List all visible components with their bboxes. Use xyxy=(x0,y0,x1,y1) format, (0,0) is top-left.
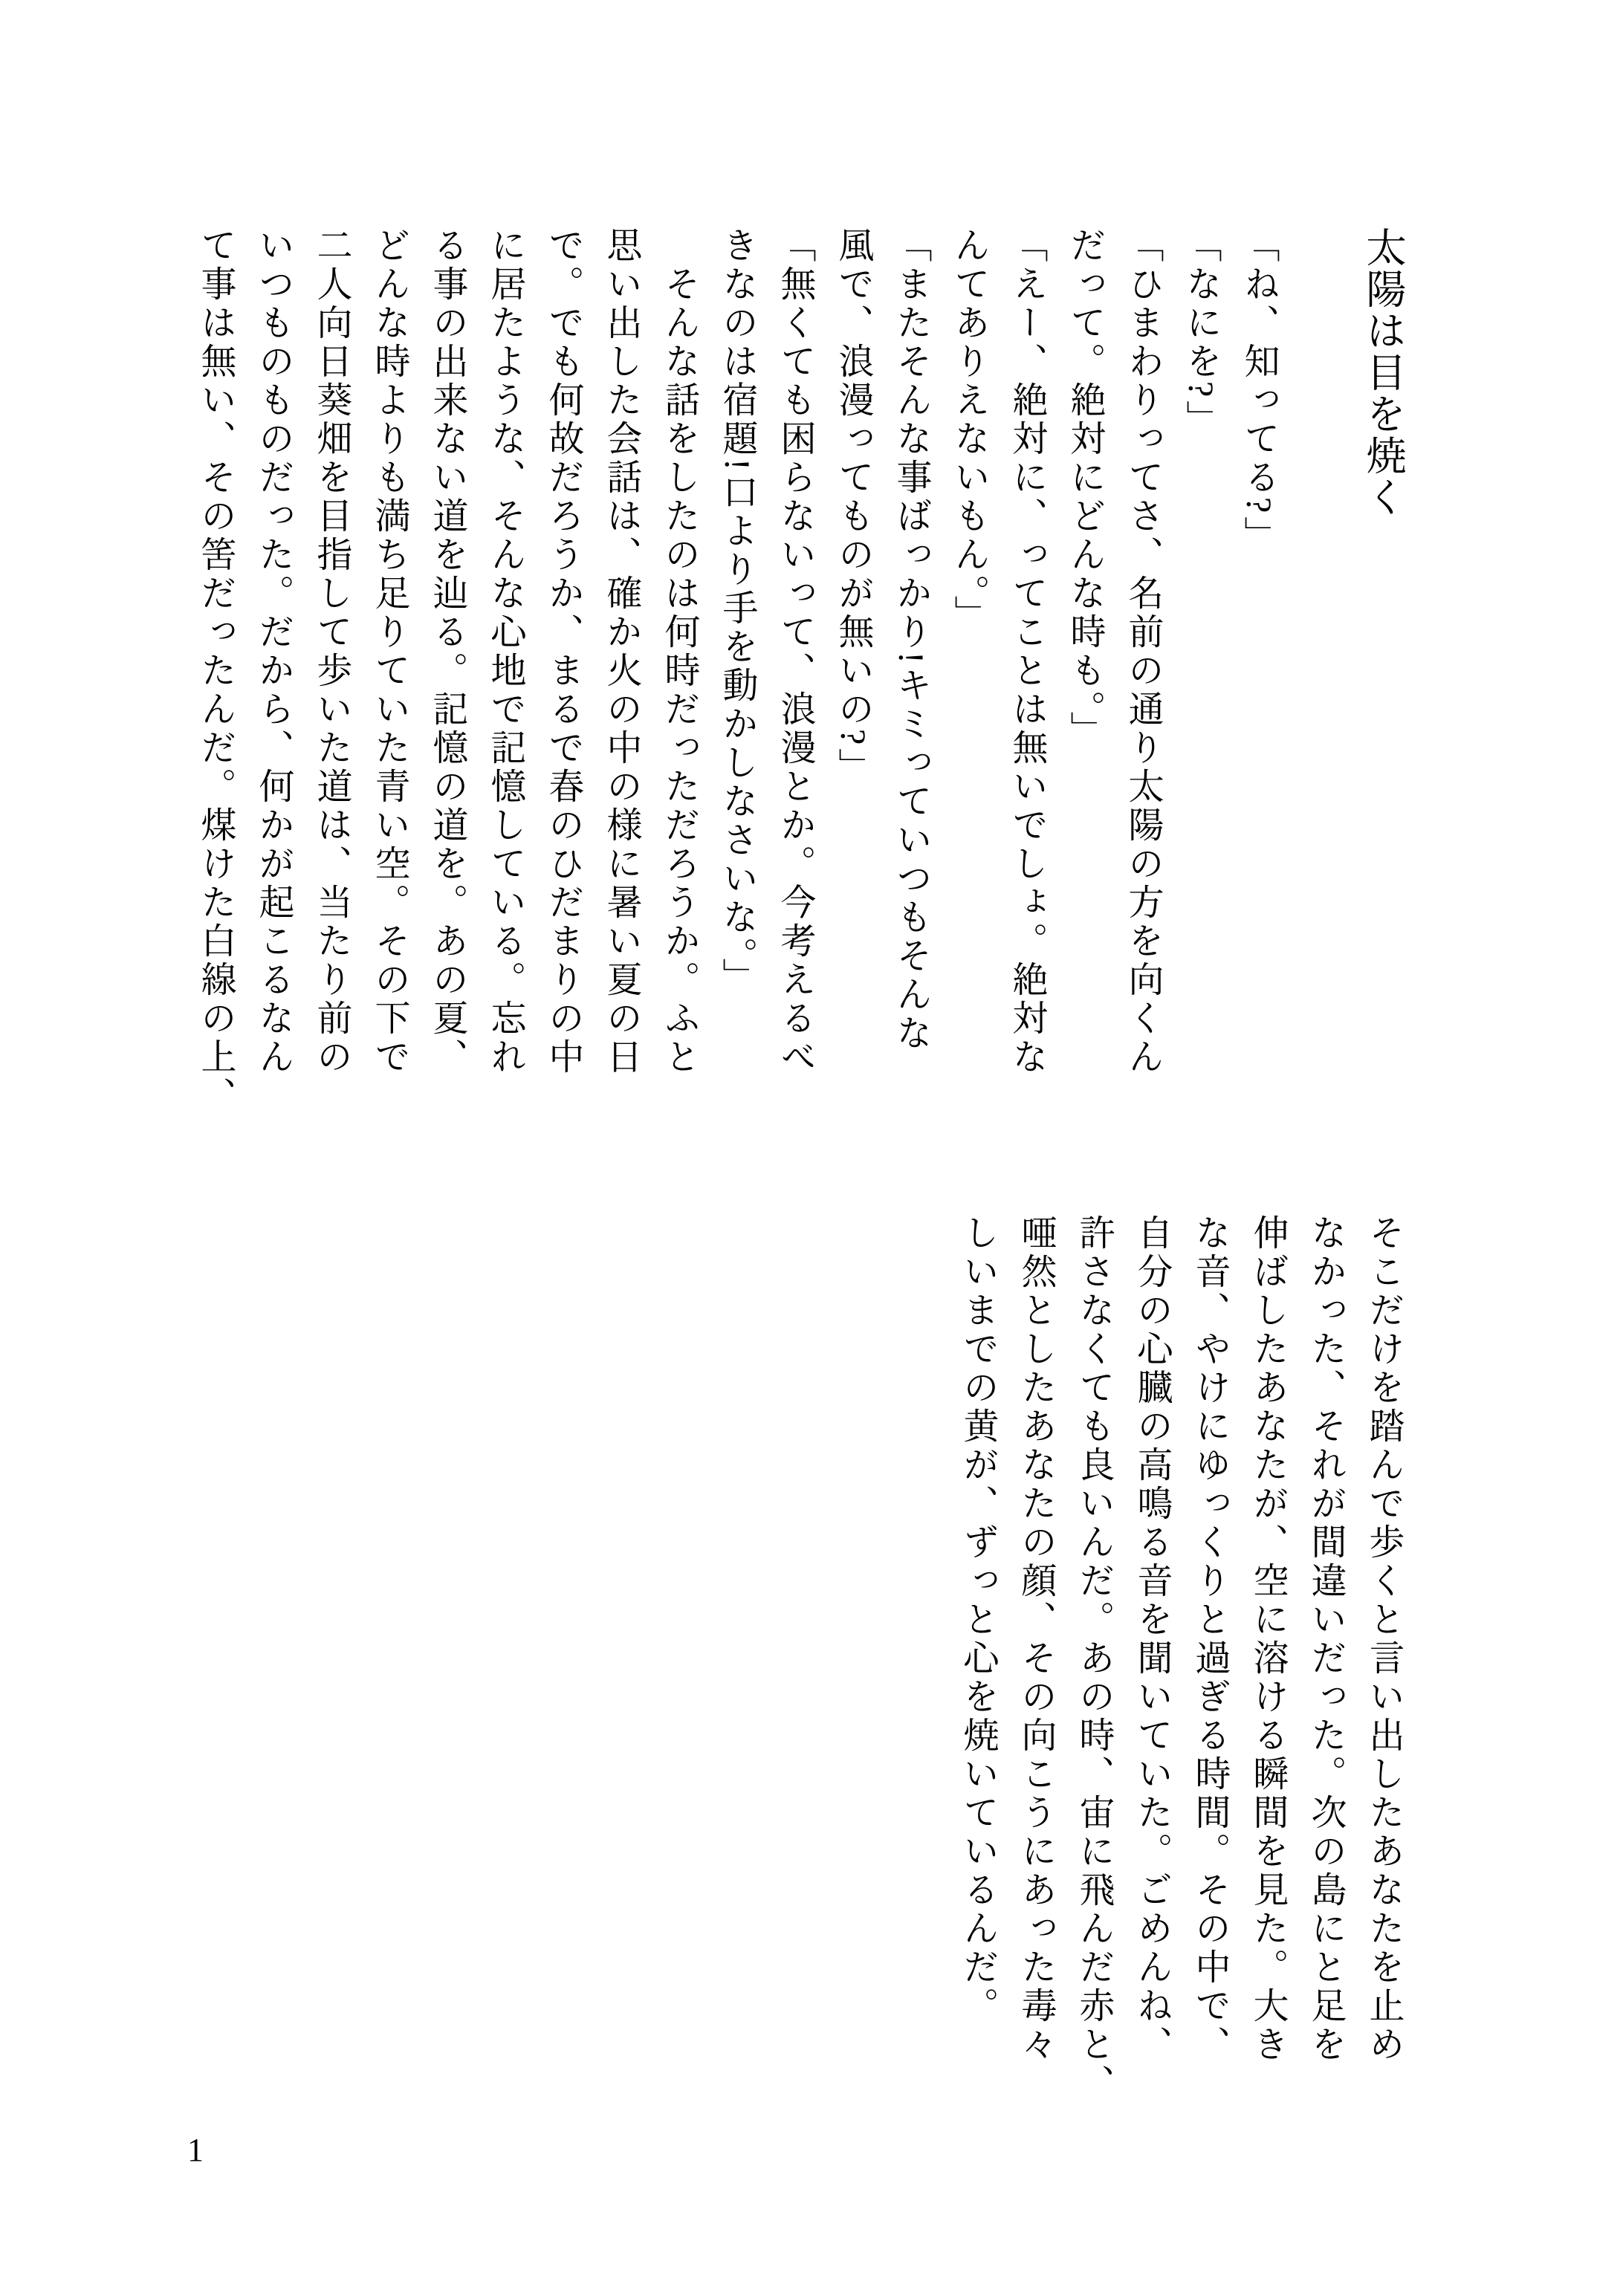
story-block-top: 太陽は目を焼く 「ね、知ってる?」 「なにを?」 「ひまわりってさ、名前の通り太… xyxy=(186,227,1412,1126)
story-block-bottom: そこだけを踏んで歩くと言い出したあなたを止め なかった、それが間違いだった。次の… xyxy=(948,1214,1412,2113)
story-title: 太陽は目を焼く xyxy=(1354,227,1412,1126)
story-text-top: 「ね、知ってる?」 「なにを?」 「ひまわりってさ、名前の通り太陽の方を向くん … xyxy=(186,227,1287,1126)
story-text-bottom: そこだけを踏んで歩くと言い出したあなたを止め なかった、それが間違いだった。次の… xyxy=(948,1214,1412,2113)
page: 太陽は目を焼く 「ね、知ってる?」 「なにを?」 「ひまわりってさ、名前の通り太… xyxy=(0,0,1623,2296)
page-number: 1 xyxy=(187,2131,204,2169)
